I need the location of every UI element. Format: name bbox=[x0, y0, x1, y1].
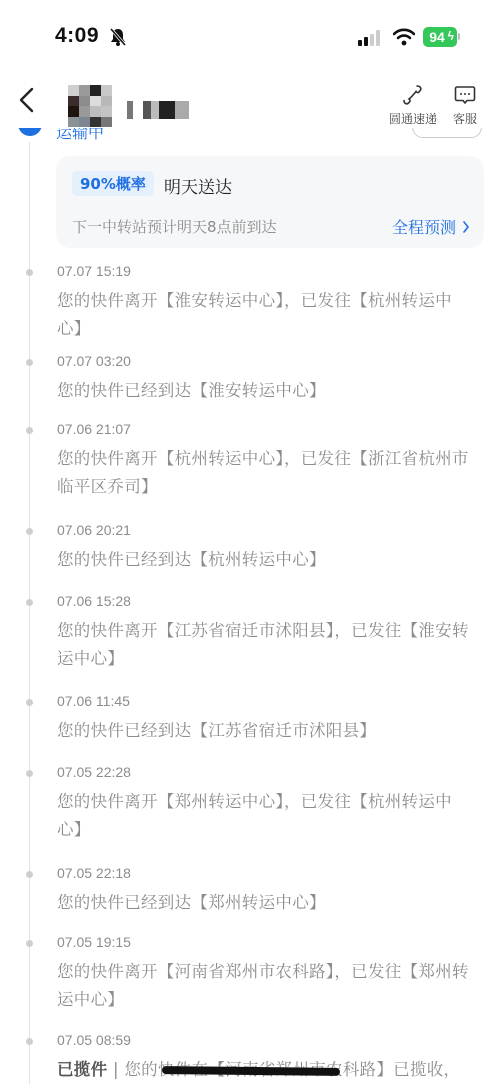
timeline-dot bbox=[26, 528, 33, 535]
battery-indicator: 94 ϟ bbox=[423, 27, 457, 47]
status-bar: 4:09 94 ϟ bbox=[0, 0, 500, 60]
forecast-title: 明天送达 bbox=[164, 173, 232, 198]
event-time: 07.06 21:07 bbox=[57, 420, 476, 439]
chevron-right-icon bbox=[462, 221, 470, 233]
timeline-event: 07.05 22:28 您的快件离开【郑州转运中心】，已发往【杭州转运中心】 bbox=[0, 763, 500, 864]
wifi-icon bbox=[393, 28, 415, 46]
chat-bubble-icon bbox=[454, 84, 476, 106]
timeline-dot bbox=[26, 599, 33, 606]
event-description: 您的快件已经到达【杭州转运中心】 bbox=[57, 546, 476, 574]
probability-badge: 90%概率 bbox=[72, 171, 154, 196]
delivery-forecast-card: 90%概率 明天送达 下一中转站预计明天8点前到达 全程预测 bbox=[56, 156, 484, 248]
event-description: 您的快件已经到达【郑州转运中心】 bbox=[57, 889, 476, 917]
timeline-dot bbox=[26, 1038, 33, 1045]
event-time: 07.06 15:28 bbox=[57, 592, 476, 611]
timeline-event: 07.06 20:21 您的快件已经到达【杭州转运中心】 bbox=[0, 521, 500, 592]
event-tag: 已揽件 bbox=[57, 1060, 107, 1079]
timeline-event: 07.06 21:07 您的快件离开【杭州转运中心】，已发往【浙江省杭州市临平区… bbox=[0, 420, 500, 521]
avatar-pixelated bbox=[68, 85, 112, 127]
tracking-timeline: 07.07 15:19 您的快件离开【淮安转运中心】，已发往【杭州转运中心】 0… bbox=[0, 262, 500, 1084]
current-status-row: 运输中 bbox=[0, 128, 500, 150]
timeline-event: 07.07 15:19 您的快件离开【淮安转运中心】，已发往【杭州转运中心】 bbox=[0, 262, 500, 352]
event-time: 07.06 11:45 bbox=[57, 692, 476, 711]
customer-service-button[interactable]: 客服 bbox=[453, 84, 477, 127]
timeline-event: 07.05 22:18 您的快件已经到达【郑州转运中心】 bbox=[0, 864, 500, 933]
event-time: 07.07 15:19 bbox=[57, 262, 476, 281]
event-time: 07.07 03:20 bbox=[57, 352, 476, 371]
timeline-event: 07.05 08:59 已揽件 | 您的快件在【河南省郑州市农科路】已揽收， bbox=[0, 1031, 500, 1084]
timeline-event: 07.05 19:15 您的快件离开【河南省郑州市农科路】，已发往【郑州转运中心… bbox=[0, 933, 500, 1031]
timeline-dot bbox=[26, 699, 33, 706]
event-description: 您的快件离开【江苏省宿迁市沭阳县】，已发往【淮安转运中心】 bbox=[57, 617, 476, 673]
call-courier-label: 圆通速递 bbox=[389, 110, 437, 127]
event-description: 您的快件已经到达【江苏省宿迁市沭阳县】 bbox=[57, 717, 476, 745]
forecast-subtitle: 下一中转站预计明天8点前到达 bbox=[72, 216, 277, 237]
page-title-redacted bbox=[127, 101, 189, 119]
customer-service-label: 客服 bbox=[453, 110, 477, 127]
current-status-label: 运输中 bbox=[56, 128, 104, 143]
timeline-dot bbox=[26, 269, 33, 276]
chevron-left-icon[interactable] bbox=[16, 86, 38, 114]
timeline-event: 07.06 11:45 您的快件已经到达【江苏省宿迁市沭阳县】 bbox=[0, 692, 500, 763]
event-description: 您的快件已经到达【淮安转运中心】 bbox=[57, 377, 476, 405]
timeline-event: 07.06 15:28 您的快件离开【江苏省宿迁市沭阳县】，已发往【淮安转运中心… bbox=[0, 592, 500, 692]
battery-nub bbox=[458, 33, 460, 40]
full-forecast-link[interactable]: 全程预测 bbox=[392, 215, 470, 238]
charging-bolt-icon: ϟ bbox=[448, 29, 454, 43]
event-time: 07.05 22:18 bbox=[57, 864, 476, 883]
timeline-dot bbox=[26, 940, 33, 947]
event-description: 您的快件离开【杭州转运中心】，已发往【浙江省杭州市临平区乔司】 bbox=[57, 445, 476, 501]
timeline-dot bbox=[26, 427, 33, 434]
event-description: 您的快件离开【河南省郑州市农科路】，已发往【郑州转运中心】 bbox=[57, 958, 476, 1014]
signal-icon bbox=[358, 30, 384, 46]
full-forecast-label: 全程预测 bbox=[392, 215, 456, 238]
timeline-dot bbox=[26, 359, 33, 366]
event-description: 您的快件离开【郑州转运中心】，已发往【杭州转运中心】 bbox=[57, 788, 476, 844]
event-description: 您的快件离开【淮安转运中心】，已发往【杭州转运中心】 bbox=[57, 287, 476, 343]
timeline-dot bbox=[26, 770, 33, 777]
timeline-dot bbox=[26, 871, 33, 878]
phone-icon bbox=[402, 84, 424, 106]
event-time: 07.05 22:28 bbox=[57, 763, 476, 782]
current-status-dot bbox=[18, 128, 42, 136]
timeline-event: 07.07 03:20 您的快件已经到达【淮安转运中心】 bbox=[0, 352, 500, 420]
status-action-pill[interactable] bbox=[412, 128, 482, 138]
bell-slash-icon bbox=[108, 27, 128, 47]
status-time: 4:09 bbox=[55, 24, 99, 48]
event-time: 07.05 08:59 bbox=[57, 1031, 476, 1050]
nav-bar: 圆通速递 客服 bbox=[0, 60, 500, 130]
event-tag-divider: | bbox=[107, 1060, 124, 1079]
battery-level: 94 bbox=[429, 29, 445, 45]
event-time: 07.05 19:15 bbox=[57, 933, 476, 952]
call-courier-button[interactable]: 圆通速递 bbox=[389, 84, 437, 127]
event-time: 07.06 20:21 bbox=[57, 521, 476, 540]
